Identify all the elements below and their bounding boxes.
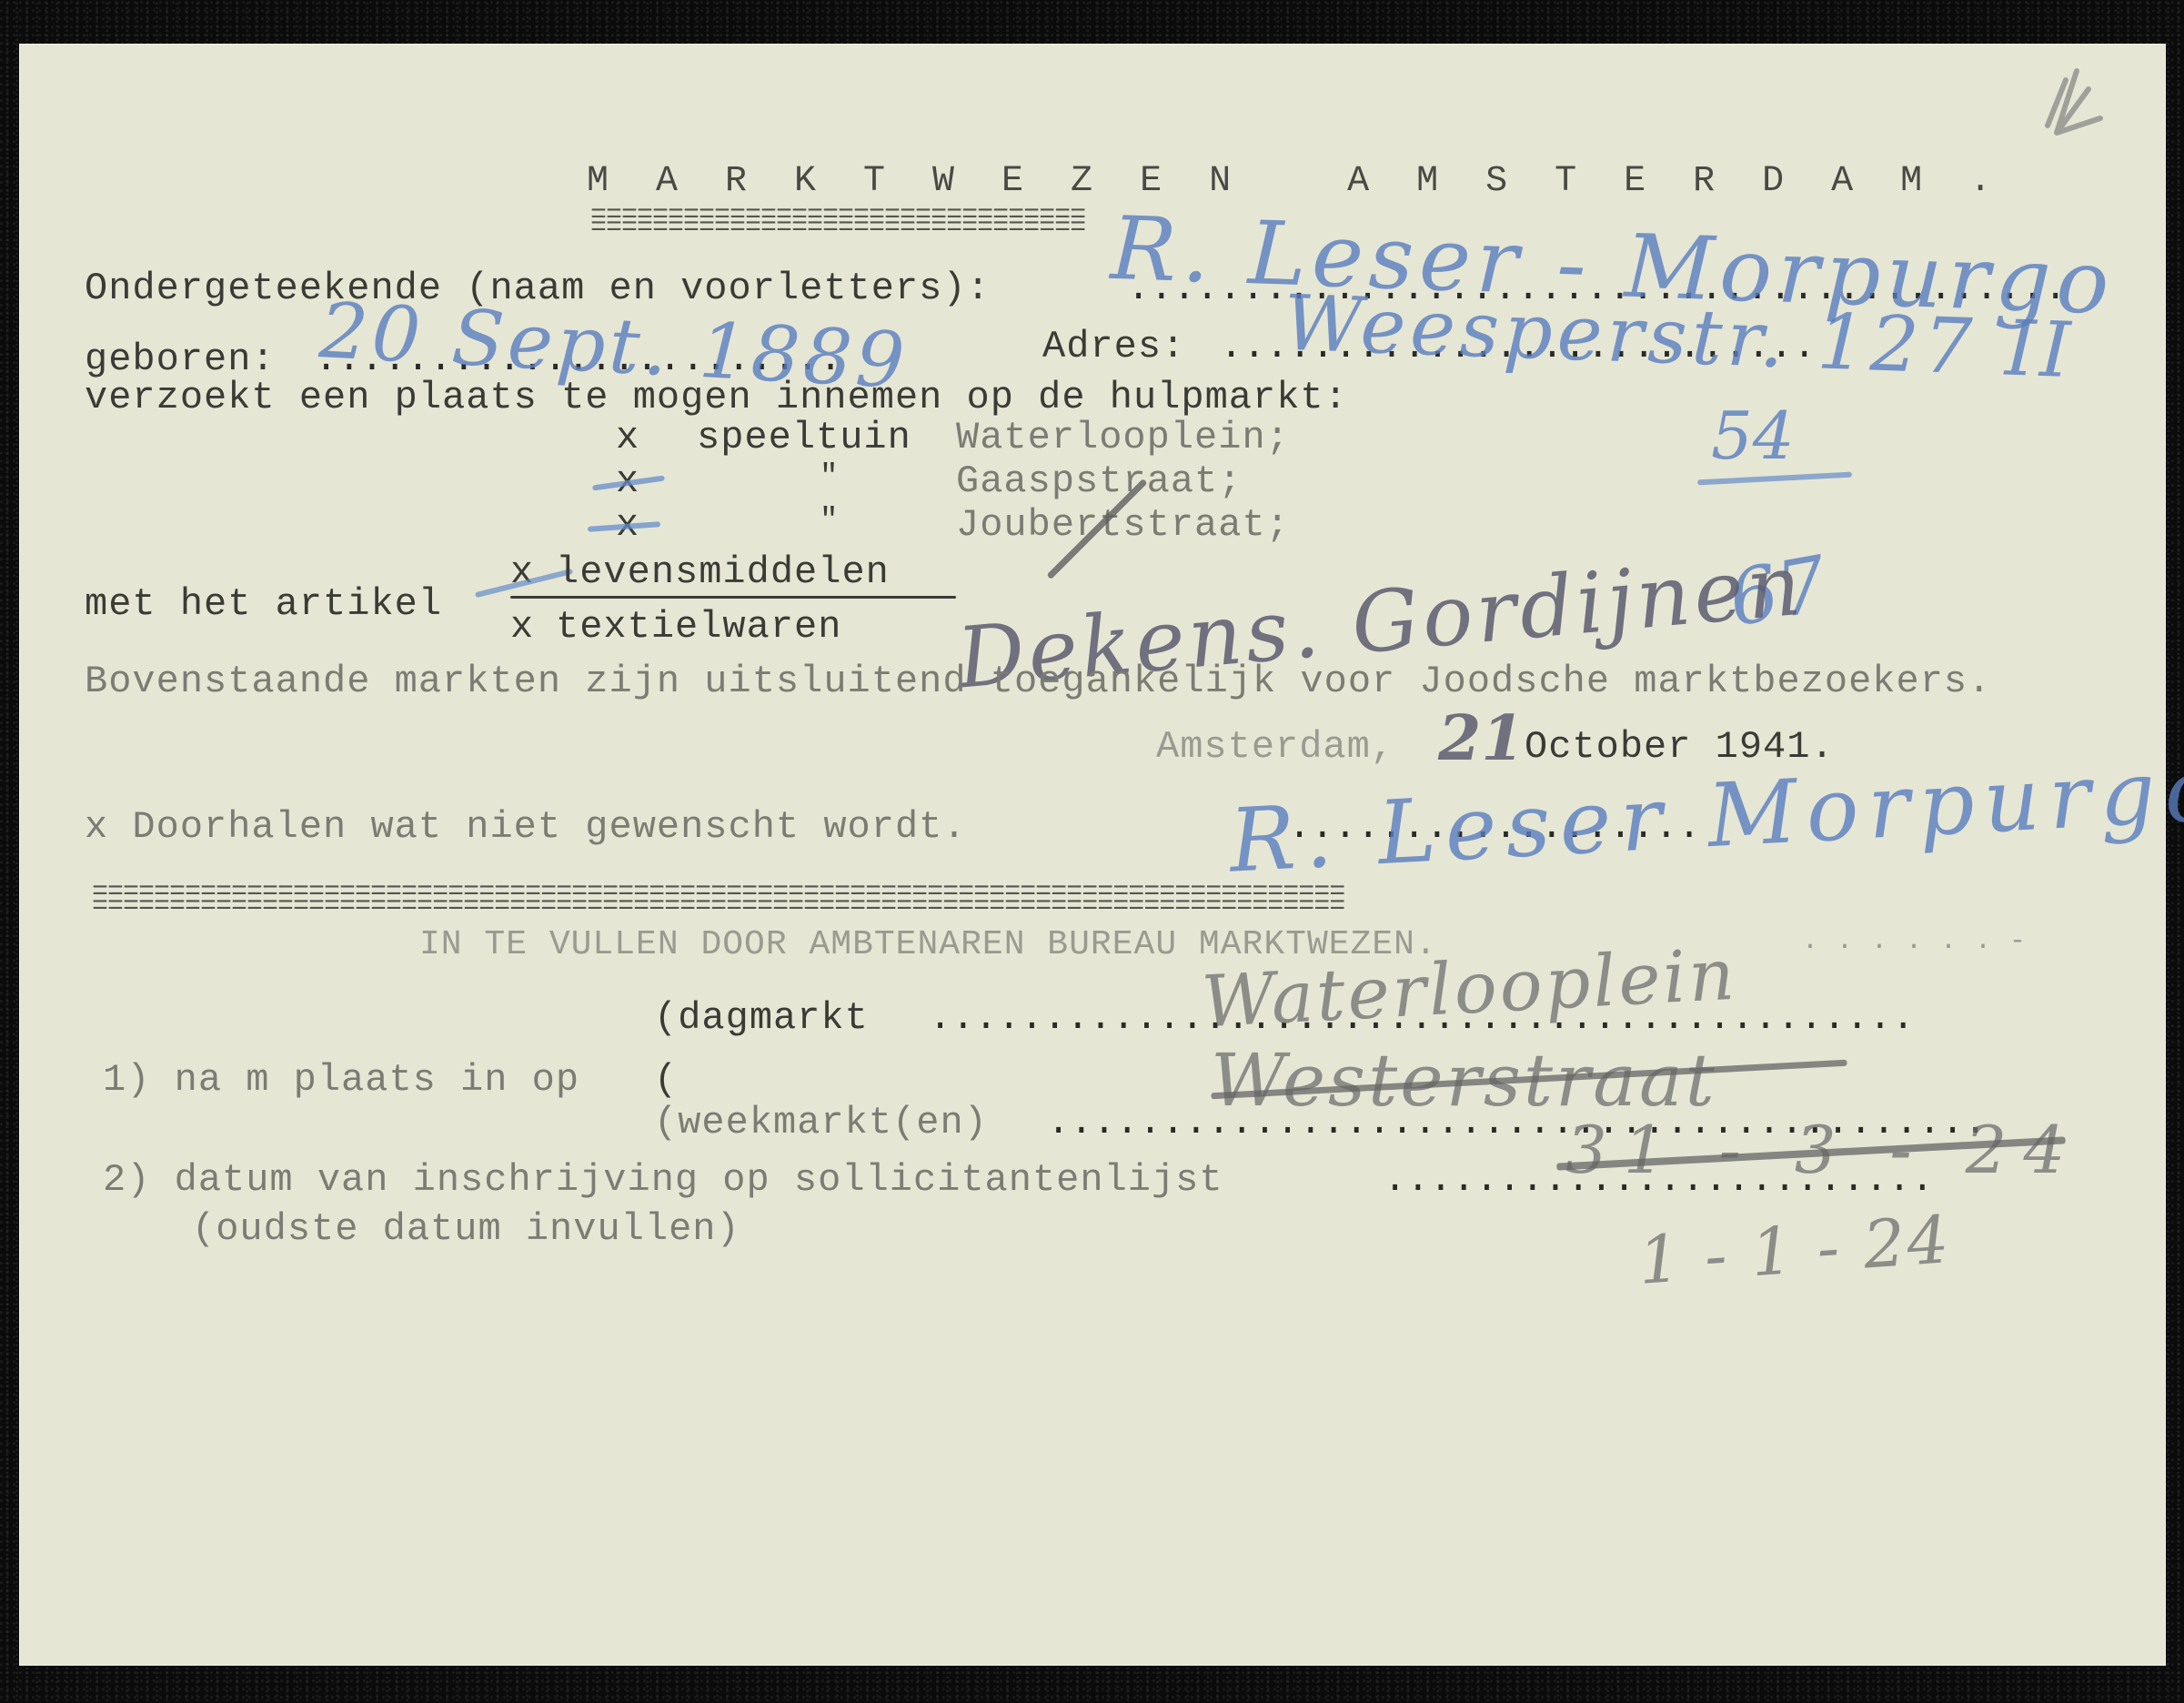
official-header-trail: . . . . . . - [1802,928,2027,955]
q2-label: 2) datum van inschrijving op sollicitant… [103,1161,1223,1199]
article-label: met het artikel [85,585,442,623]
market-mark-1[interactable]: x [616,418,639,457]
market-name-joubertstraat: Joubertstraat; [956,506,1290,544]
notice-line: Bovenstaande markten zijn uitsluitend to… [85,662,1991,700]
q1-label: 1) na m plaats in op [103,1061,579,1099]
market-name-waterlooplein: Waterlooplein; [956,418,1290,457]
form-paper: M A R K T W E Z E N A M S T E R D A M . … [19,44,2166,1666]
address-label: Adres: [1042,327,1185,366]
weekmarkt-label: (weekmarkt(en) [654,1103,988,1142]
market-prefix-1: speeltuin [697,418,911,457]
q2-sub-label: (oudste datum invullen) [192,1210,740,1248]
q2-handwriting: 1 - 1 - 24 [1636,1206,1953,1294]
check-arrow-icon [2020,53,2120,153]
fraction-numerator: 54 [1711,403,1795,469]
q1-open-paren: ( [654,1061,678,1099]
separator-line-2: ========================================… [92,893,2102,921]
market-prefix-2: " [820,462,839,493]
date-day-handwriting: 21 [1438,708,1525,770]
article-levensmiddelen: levensmiddelen [556,553,890,591]
place-label: Amsterdam, [1156,728,1394,766]
market-prefix-3: " [820,506,839,537]
article-mark-2[interactable]: x [510,608,534,646]
dagmarkt-label: (dagmarkt [654,999,869,1037]
document-title: M A R K T W E Z E N A M S T E R D A M . [587,164,2004,200]
request-line: verzoekt een plaats te mogen innemen op … [85,378,1348,417]
market-name-gaaspstraat: Gaaspstraat; [956,462,1242,500]
footnote: x Doorhalen wat niet gewenscht wordt. [85,808,967,846]
article-textielwaren: textielwaren [556,608,841,646]
article-divider [510,596,956,599]
born-label: geboren: [85,340,276,378]
